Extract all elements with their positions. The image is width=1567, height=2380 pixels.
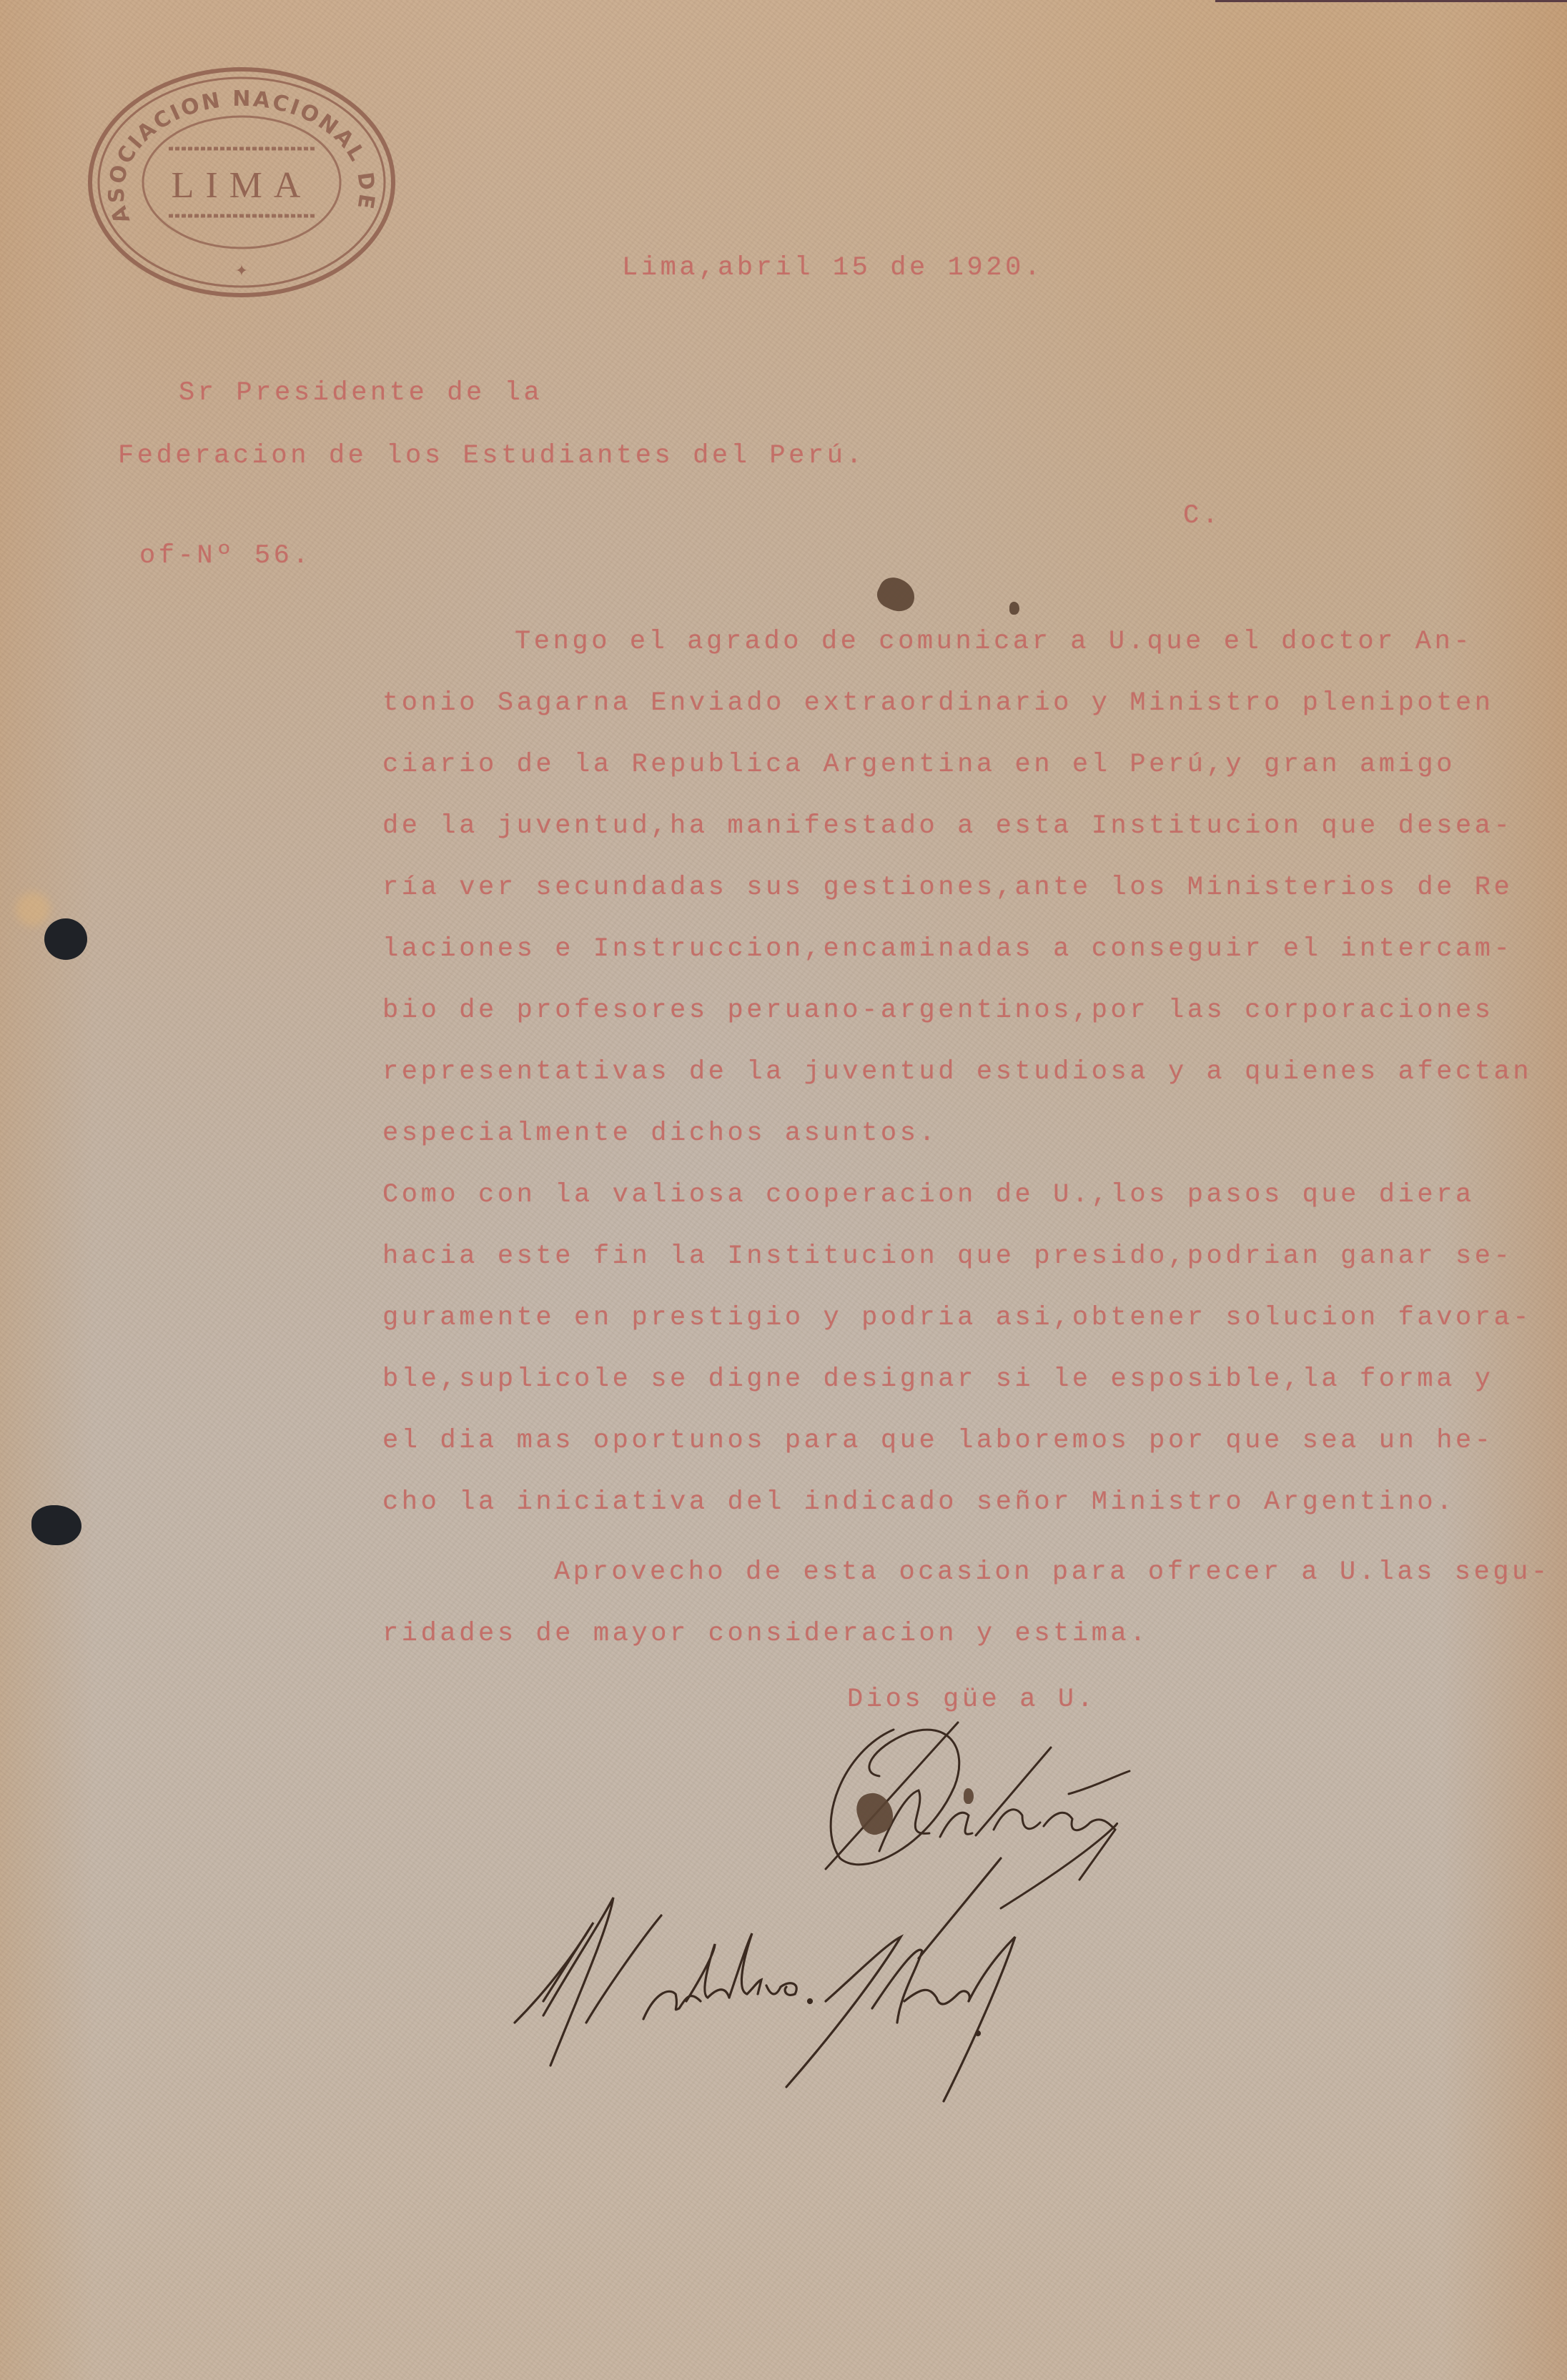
body-line: hacia este fin la Institucion que presid…	[382, 1244, 1513, 1270]
paper-stain	[16, 892, 50, 926]
body-line: ble,suplicole se digne designar si le es…	[382, 1367, 1494, 1393]
body-line: ría ver secundadas sus gestiones,ante lo…	[382, 875, 1513, 901]
body-line: el dia mas oportunos para que laboremos …	[382, 1428, 1494, 1454]
body-line: tonio Sagarna Enviado extraordinario y M…	[382, 690, 1494, 717]
addressee-line-2: Federacion de los Estudiantes del Perú.	[118, 443, 865, 470]
body-line: cho la iniciativa del indicado señor Min…	[382, 1489, 1455, 1516]
body-line: de la juventud,ha manifestado a esta Ins…	[382, 813, 1513, 840]
stamp-center-text: LIMA	[172, 165, 312, 206]
body-line: ciario de la Republica Argentina en el P…	[382, 752, 1455, 778]
ink-blot	[1009, 602, 1019, 615]
reference-number: of-Nº 56.	[139, 543, 312, 570]
ink-blot	[873, 572, 920, 617]
body-line: laciones e Instruccion,encaminadas a con…	[382, 936, 1513, 963]
svg-text:✦: ✦	[235, 262, 248, 280]
date-line: Lima,abril 15 de 1920.	[622, 255, 1044, 282]
addressee-line-1: Sr Presidente de la	[179, 380, 543, 407]
association-stamp: ASOCIACION NACIONAL DE NORMALISTAS LIMA …	[84, 63, 399, 302]
stamp-seal-icon: ASOCIACION NACIONAL DE NORMALISTAS LIMA …	[84, 63, 399, 302]
punch-hole	[31, 1505, 81, 1545]
archive-annotation: Al Archivo. Rosas	[500, 1858, 1215, 2101]
body-line: especialmente dichos asuntos.	[382, 1121, 938, 1147]
punch-hole	[44, 918, 87, 960]
body-line: bio de profesores peruano-argentinos,por…	[382, 998, 1494, 1024]
body-line: guramente en prestigio y podria asi,obte…	[382, 1305, 1532, 1332]
closing-line: Aprovecho de esta ocasion para ofrecer a…	[554, 1560, 1551, 1586]
page-edge	[1215, 0, 1567, 2]
city-abbreviation: C.	[1183, 503, 1222, 530]
body-line: Como con la valiosa cooperacion de U.,lo…	[382, 1182, 1475, 1209]
ink-blot	[964, 1788, 974, 1804]
body-line: representativas de la juventud estudiosa…	[382, 1059, 1532, 1086]
body-line: Tengo el agrado de comunicar a U.que el …	[515, 629, 1473, 655]
closing-line: ridades de mayor consideracion y estima.	[382, 1621, 1149, 1647]
